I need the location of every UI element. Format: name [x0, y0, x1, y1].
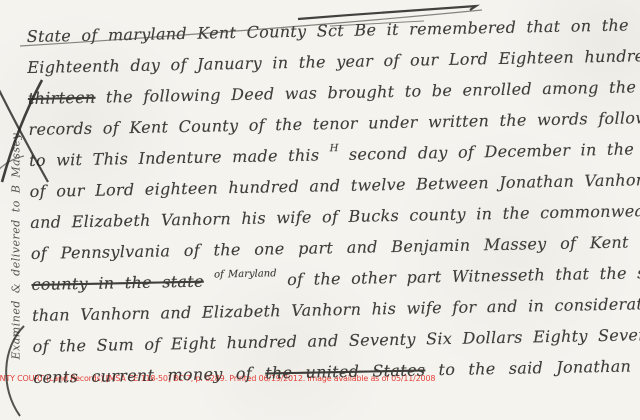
handwritten-text: cents current money of: [33, 364, 252, 387]
margin-note: Examined & delivered to B Massey: [10, 148, 25, 360]
handwritten-text: second day of December in the year: [349, 138, 640, 163]
manuscript-lines: State of maryland Kent County Sct Be it …: [26, 10, 631, 393]
struck-text: county in the state: [31, 272, 204, 294]
handwritten-text: to the said Jonathan: [438, 356, 631, 379]
struck-text: the united States: [265, 360, 425, 382]
struck-text: thirteen: [28, 88, 96, 108]
handwritten-text: of the other part Witnesseth that the sa…: [287, 262, 640, 289]
handwritten-text: to wit This Indenture made this: [29, 145, 320, 170]
handwritten-text: State of maryland Kent County Sct: [27, 21, 345, 46]
handwritten-text: the following Deed was brought to be enr…: [106, 77, 637, 106]
manuscript-page: Examined & delivered to B Massey UNTY CO…: [0, 0, 640, 420]
handwritten-text: Be it remembered that on the: [354, 15, 629, 39]
inserted-text: H: [330, 143, 339, 154]
inserted-text: of Maryland: [214, 268, 277, 280]
